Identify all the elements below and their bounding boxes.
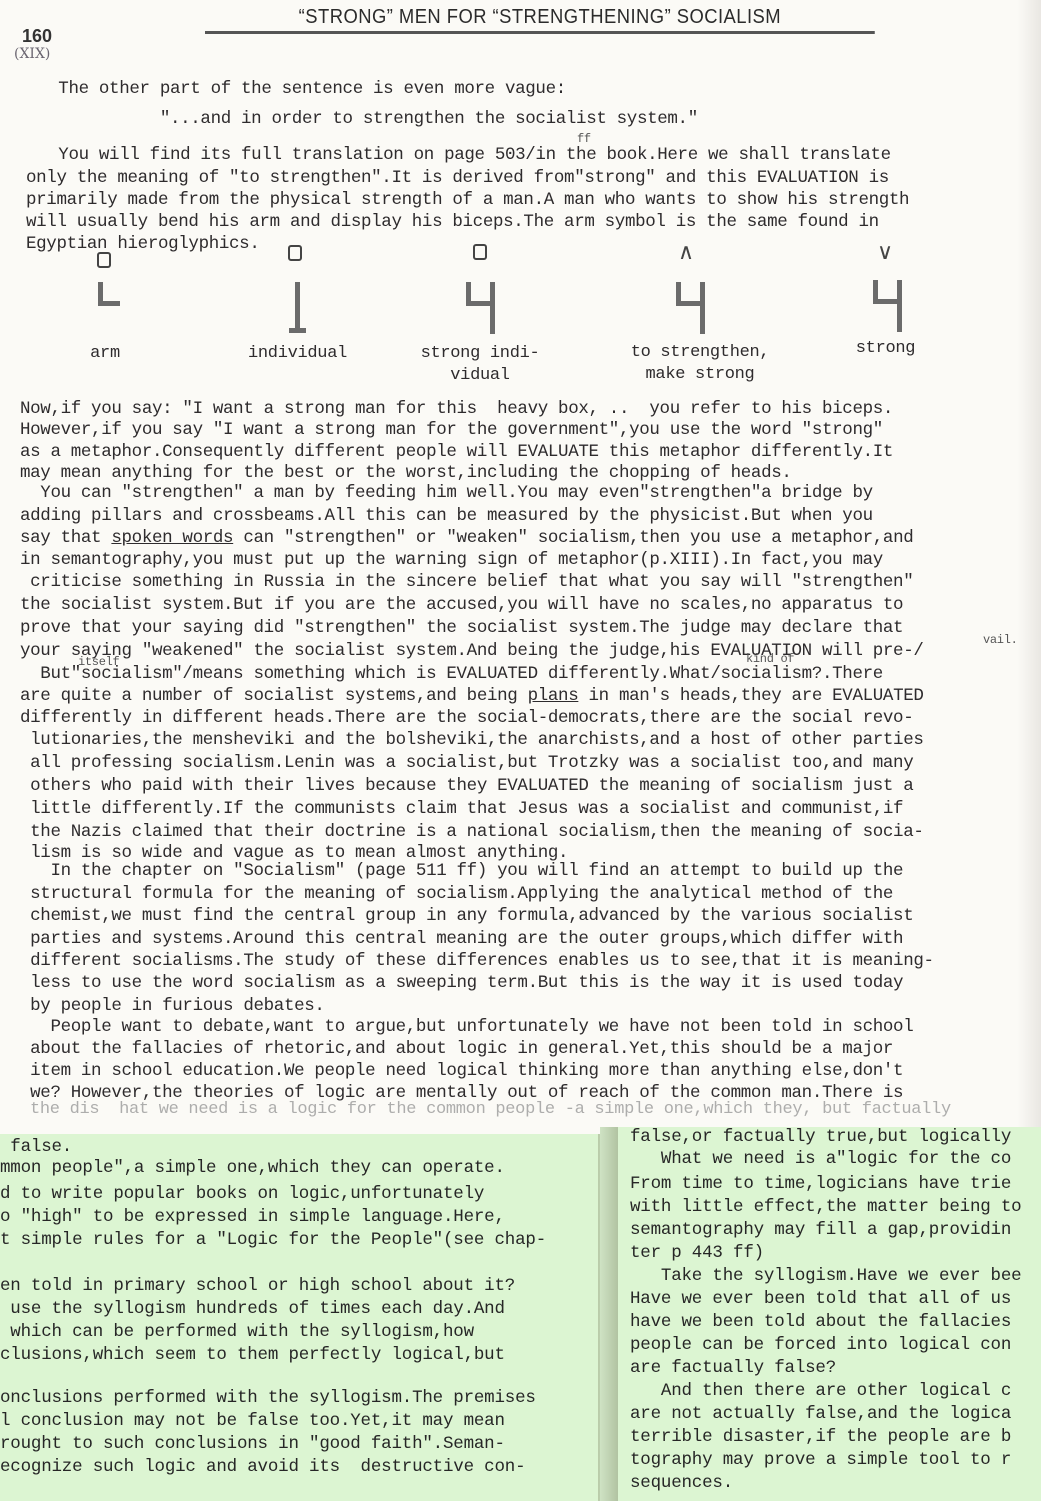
dot-box-icon (288, 245, 302, 261)
quote-line: "...and in order to strengthen the socia… (38, 109, 698, 129)
glyph-caption-arm: arm (60, 343, 150, 365)
clipping-line: t simple rules for a "Logic for the Peop… (0, 1230, 546, 1250)
body-line: about the fallacies of rhetoric,and abou… (20, 1039, 893, 1059)
body-line: parties and systems.Around this central … (20, 929, 903, 949)
pasted-clipping-right: false,or factually true,but logically Wh… (618, 1127, 1041, 1501)
clipping-edge (600, 1127, 620, 1501)
page-edge-shadow (1017, 0, 1041, 1130)
caret-up-icon: ∧ (678, 240, 694, 265)
margin-note-ff: ff (577, 132, 591, 146)
clipping-line: And then there are other logical c (630, 1381, 1011, 1401)
running-head: “STRONG” MEN FOR “STRENGTHENING” SOCIALI… (205, 6, 875, 34)
clipping-line: are not actually false,and the logica (630, 1404, 1011, 1424)
body-line: may mean anything for the best or the wo… (20, 463, 792, 483)
clipping-line: en told in primary school or high school… (0, 1276, 515, 1296)
body-line: are quite a number of socialist systems,… (20, 686, 924, 706)
body-line: differently in different heads.There are… (20, 708, 913, 728)
clipping-line: Have we ever been told that all of us (630, 1289, 1011, 1309)
body-line: as a metaphor.Consequently different peo… (20, 442, 893, 462)
body-line: You will find its full translation on pa… (38, 145, 891, 165)
body-line: Egyptian hieroglyphics. (26, 234, 260, 254)
clipping-line: ter p 443 ff) (630, 1243, 764, 1263)
individual-glyph-icon (295, 282, 300, 332)
clipping-line: false,or factually true,but logically (630, 1127, 1011, 1147)
clipping-line: From time to time,logicians have trie (630, 1174, 1011, 1194)
clipping-line: false. (0, 1137, 72, 1157)
body-line: structural formula for the meaning of so… (20, 884, 893, 904)
body-line: In the chapter on "Socialism" (page 511 … (20, 861, 903, 881)
body-line: say that spoken words can "strengthen" o… (20, 528, 913, 548)
clipping-line: with little effect,the matter being to (630, 1197, 1021, 1217)
clipping-line: rought to such conclusions in "good fait… (0, 1434, 505, 1454)
body-line: criticise something in Russia in the sin… (20, 572, 913, 592)
body-line: by people in furious debates. (20, 996, 325, 1016)
dot-box-icon (473, 244, 487, 260)
body-line: Now,if you say: "I want a strong man for… (20, 399, 893, 419)
clipping-line: sequences. (630, 1473, 733, 1493)
underlined-phrase: spoken words (111, 528, 233, 548)
glyph-caption-individual: individual (225, 343, 370, 365)
body-line: only the meaning of "to strengthen".It i… (26, 168, 889, 188)
body-line: in semantography,you must put up the war… (20, 550, 883, 570)
body-line: little differently.If the communists cla… (20, 799, 903, 819)
glyph-caption-strong: strong (833, 338, 938, 360)
clipping-line: ecognize such logic and avoid its destru… (0, 1457, 525, 1477)
clipping-line: terrible disaster,if the people are b (630, 1427, 1011, 1447)
clipping-line: have we been told about the fallacies (630, 1312, 1011, 1332)
clipping-line: l conclusion may not be false too.Yet,it… (0, 1411, 505, 1431)
body-line: item in school education.We people need … (20, 1061, 903, 1081)
body-line: However,if you say "I want a strong man … (20, 420, 883, 440)
caret-down-icon: ∨ (877, 240, 893, 265)
clipping-line: onclusions performed with the syllogism.… (0, 1388, 536, 1408)
body-line: lism is so wide and vague as to mean alm… (20, 843, 568, 863)
chapter-reference: (XIX) (14, 46, 50, 62)
body-line: will usually bend his arm and display hi… (26, 212, 879, 232)
clipping-line: mmon people",a simple one,which they can… (0, 1158, 505, 1178)
body-line: the Nazis claimed that their doctrine is… (20, 822, 924, 842)
clipping-line: semantography may fill a gap,providin (630, 1220, 1011, 1240)
body-line: others who paid with their lives because… (20, 776, 913, 796)
glyph-caption-strong-individual: strong indi- vidual (405, 343, 555, 387)
clipping-line: clusions,which seem to them perfectly lo… (0, 1345, 505, 1365)
body-line: different socialisms.The study of these … (20, 951, 934, 971)
clipping-line: o "high" to be expressed in simple langu… (0, 1207, 505, 1227)
page-number: 160 (22, 26, 52, 47)
clipping-line: Take the syllogism.Have we ever bee (630, 1266, 1021, 1286)
body-line: the socialist system.But if you are the … (20, 595, 903, 615)
body-line: People want to debate,want to argue,but … (20, 1017, 913, 1037)
body-line: chemist,we must find the central group i… (20, 906, 913, 926)
clipping-line: tography may prove a simple tool to r (630, 1450, 1011, 1470)
clipping-line: are factually false? (630, 1358, 836, 1378)
body-line: prove that your saying did "strengthen" … (20, 618, 903, 638)
underlined-word: plans (528, 686, 579, 706)
body-line: lutionaries,the mensheviki and the bolsh… (20, 730, 924, 750)
dot-box-icon (97, 252, 111, 268)
body-line: But"socialism"/means something which is … (20, 664, 883, 684)
clipping-line: use the syllogism hundreds of times each… (0, 1299, 505, 1319)
pasted-clipping-left: false.mmon people",a simple one,which th… (0, 1134, 598, 1501)
body-line: all professing socialism.Lenin was a soc… (20, 753, 913, 773)
clipping-line: people can be forced into logical con (630, 1335, 1011, 1355)
glyph-caption-to-strengthen: to strengthen, make strong (615, 342, 785, 386)
clipping-line: which can be performed with the syllogis… (0, 1322, 474, 1342)
margin-note-vail: vail. (983, 633, 1018, 647)
clipping-line: What we need is a"logic for the co (630, 1149, 1011, 1169)
body-line: adding pillars and crossbeams.All this c… (20, 506, 873, 526)
body-line: less to use the word socialism as a swee… (20, 973, 903, 993)
bleed-through-line: the dis hat we need is a logic for the c… (30, 1100, 951, 1119)
body-line: The other part of the sentence is even m… (38, 79, 566, 99)
body-line: primarily made from the physical strengt… (26, 190, 909, 210)
clipping-line: d to write popular books on logic,unfort… (0, 1184, 484, 1204)
body-line: You can "strengthen" a man by feeding hi… (20, 483, 873, 503)
